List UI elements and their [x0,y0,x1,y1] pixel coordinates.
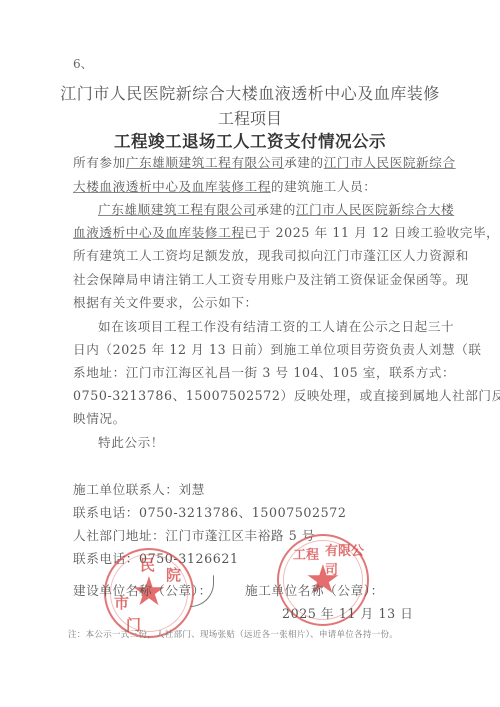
para2-line-1: 如在该项目工程工作没有结清工资的工人请在公示之日起三十 [98,316,454,335]
contractor-phone: 联系电话：0750-3213786、15007502572 [73,502,347,521]
para1-line-3: 所有建筑工人工资均足额发放，现我司拟向江门市蓬江区人力资源和 [73,245,469,264]
salutation-prefix: 所有参加 [73,155,126,170]
project-name-part1: 江门市人民医院新综合大楼 [296,202,454,217]
owner-seal-label: 建设单位名称（公章）： [73,580,212,599]
title-line-1: 江门市人民医院新综合大楼血液透析中心及血库装修 [0,81,500,104]
seal-char: 有限公司 [325,540,367,578]
para1-line-1: 广东雄顺建筑工程有限公司承建的江门市人民医院新综合大楼 [98,199,454,218]
para2-line-2: 日内（2025 年 12 月 13 日前）到施工单位项目劳资负责人刘慧（联 [73,339,482,358]
title-line-2: 工程项目 [0,106,500,129]
para2-line-4: 0750-3213786、15007502572）反映处理，或直接到属地人社部门… [73,385,500,404]
footnote: 注：本公示一式三份，人社部门、现场张贴（远近各一张相片）、申请单位各持一份。 [68,628,398,640]
project-name-part1: 江门市人民医院新综合 [324,155,456,170]
salutation-line-2: 大楼血液透析中心及血库装修工程的建筑施工人员： [73,176,376,195]
salutation-mid: 承建的 [284,155,324,170]
sign-date: 2025 年 11 月 13 日 [282,603,414,622]
main-title: 工程竣工退场工人工资支付情况公示 [0,128,500,152]
seal-char: 民 [140,554,155,575]
seal-char: 工程 [293,544,319,563]
para1-mid: 承建的 [256,202,296,217]
hrss-address: 人社部门地址：江门市蓬江区丰裕路 5 号 [73,525,315,544]
item-number: 6、 [73,55,93,72]
para2-line-5: 映情况。 [73,408,126,427]
contractor-name: 广东雄顺建筑工程有限公司 [126,155,284,170]
contractor-seal-label: 施工单位名称（公章）： [245,580,384,599]
salutation-line-1: 所有参加广东雄顺建筑工程有限公司承建的江门市人民医院新综合 [73,152,456,171]
contractor-contact: 施工单位联系人：刘慧 [73,479,205,498]
project-name-part2: 血液透析中心及血库装修工程 [73,225,245,240]
para1-line-2: 血液透析中心及血库装修工程已于 2025 年 11 月 12 日竣工验收完毕， [73,222,499,241]
project-name-part2: 大楼血液透析中心及血库装修工程 [73,179,271,194]
para1-text: 已于 2025 年 11 月 12 日竣工验收完毕， [245,225,500,240]
contractor-name: 广东雄顺建筑工程有限公司 [98,202,256,217]
para1-line-4: 社会保障局申请注销工人工资专用账户及注销工资保证金保函等。现 [73,269,469,288]
para1-line-5: 根据有关文件要求，公示如下： [73,292,258,311]
closing-text: 特此公示！ [98,432,164,451]
para2-line-3: 系地址：江门市江海区礼昌一街 3 号 104、105 室，联系方式： [73,362,455,381]
salutation-suffix: 的建筑施工人员： [271,179,377,194]
